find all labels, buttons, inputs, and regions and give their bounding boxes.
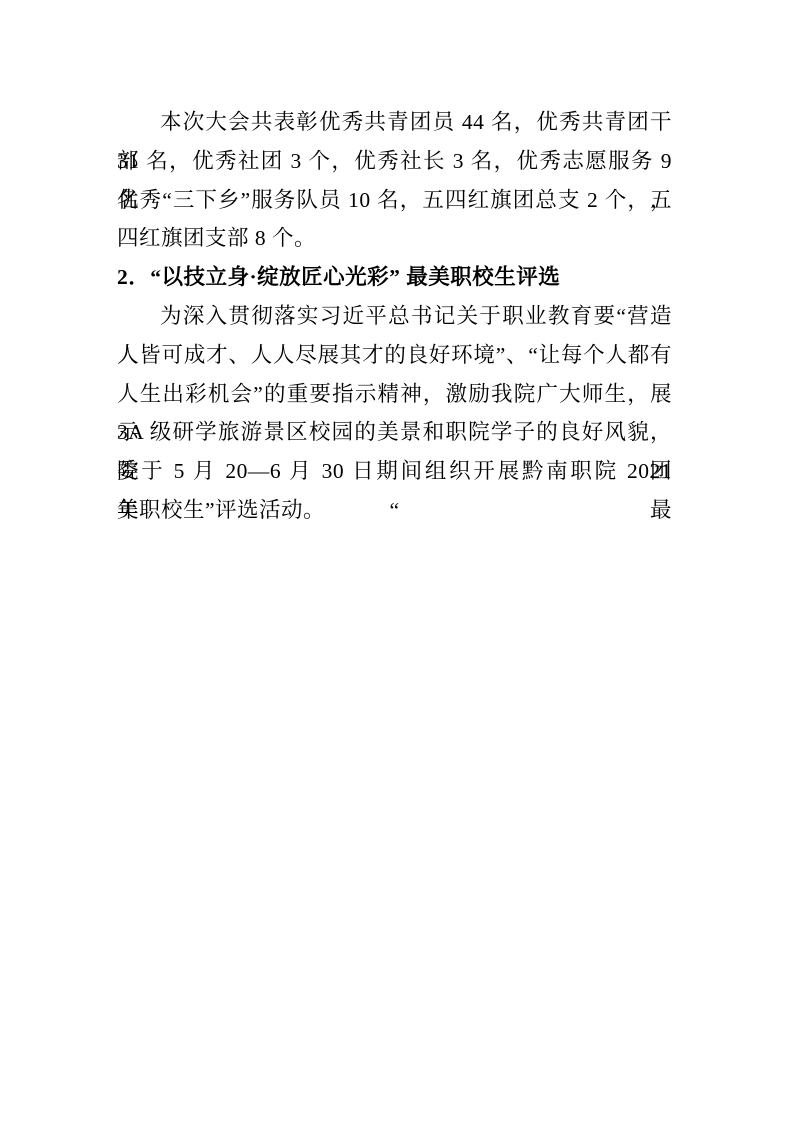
paragraph-line: 四红旗团支部 8 个。 xyxy=(117,219,672,258)
paragraph-line: 人皆可成才、人人尽展其才的良好环境”、“让每个人都有 xyxy=(117,336,672,375)
paragraph-line: 3A 级研学旅游景区校园的美景和职院学子的良好风貌，院团 xyxy=(117,413,672,452)
paragraph-line: 为深入贯彻落实习近平总书记关于职业教育要“营造人 xyxy=(117,297,672,336)
paragraph-line: 31 名，优秀社团 3 个，优秀社长 3 名，优秀志愿服务 9 名， xyxy=(117,142,672,181)
paragraph-line: 优秀“三下乡”服务队员 10 名，五四红旗团总支 2 个，五 xyxy=(117,181,672,220)
paragraph-line: 人生出彩机会”的重要指示精神，激励我院广大师生，展示 xyxy=(117,375,672,414)
paragraph-line: 本次大会共表彰优秀共青团员 44 名，优秀共青团干部 xyxy=(117,103,672,142)
paragraph-line: 委于 5 月 20—6 月 30 日期间组织开展黔南职院 2021 年“最 xyxy=(117,452,672,491)
document-page: 本次大会共表彰优秀共青团员 44 名，优秀共青团干部 31 名，优秀社团 3 个… xyxy=(0,0,793,1122)
section-heading: 2．“以技立身·绽放匠心光彩” 最美职校生评选 xyxy=(117,258,672,297)
paragraph-selection-activity: 为深入贯彻落实习近平总书记关于职业教育要“营造人 人皆可成才、人人尽展其才的良好… xyxy=(117,297,672,530)
paragraph-awards: 本次大会共表彰优秀共青团员 44 名，优秀共青团干部 31 名，优秀社团 3 个… xyxy=(117,103,672,258)
